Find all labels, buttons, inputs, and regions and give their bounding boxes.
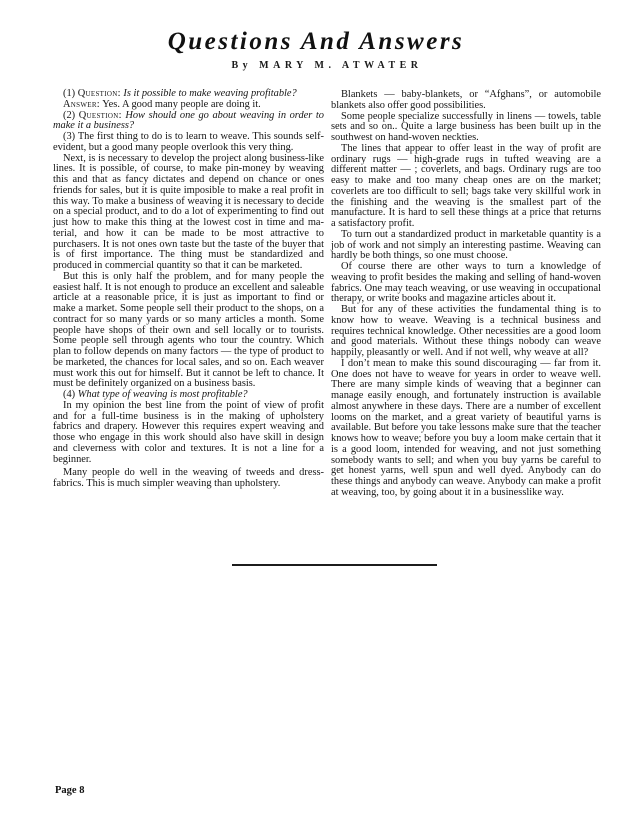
paragraph: In my opinion the best line from the poi…	[53, 401, 324, 466]
paragraph: Blankets — baby-blankets, or “Afghans”, …	[331, 90, 601, 112]
paragraph: Many people do well in the weaving of tw…	[53, 468, 324, 490]
question-2-label: Question:	[79, 110, 122, 121]
magazine-page: Questions And Answers By MARY M. ATWATER…	[0, 0, 632, 820]
paragraph: I don’t mean to make this sound discoura…	[331, 359, 601, 499]
paragraph: The lines that appear to offer least in …	[331, 144, 601, 230]
paragraph: To turn out a standardized product in ma…	[331, 230, 601, 262]
paragraph: Of course there are other ways to turn a…	[331, 262, 601, 305]
paragraph: But for any of these activities the fund…	[331, 305, 601, 359]
question-2: (2) Question: How should one go about we…	[53, 111, 324, 133]
question-2-number: (2)	[63, 110, 75, 121]
paragraph: (3) The first thing to do is to learn to…	[53, 132, 324, 154]
right-column: Blankets — baby-blankets, or “Afghans”, …	[331, 89, 601, 499]
page-number: Page 8	[55, 785, 84, 796]
answer-1-label: Answer:	[63, 99, 100, 110]
section-divider-rule	[232, 564, 437, 566]
question-1-text: Is it possible to make weaving profitabl…	[123, 88, 296, 99]
question-4-text: What type of weaving is most profitable?	[78, 389, 248, 400]
article-byline: By MARY M. ATWATER	[0, 60, 632, 71]
paragraph: Next, is is necessary to develop the pro…	[53, 154, 324, 272]
question-1-label: Question:	[78, 88, 121, 99]
question-1-number: (1)	[63, 88, 75, 99]
article-title: Questions And Answers	[0, 28, 632, 56]
left-column: (1) Question: Is it possible to make wea…	[53, 89, 324, 490]
question-4-number: (4)	[63, 389, 75, 400]
paragraph: But this is only half the problem, and f…	[53, 272, 324, 390]
answer-1-text: Yes. A good many people are doing it.	[102, 99, 261, 110]
paragraph: Some people specialize successfully in l…	[331, 112, 601, 144]
